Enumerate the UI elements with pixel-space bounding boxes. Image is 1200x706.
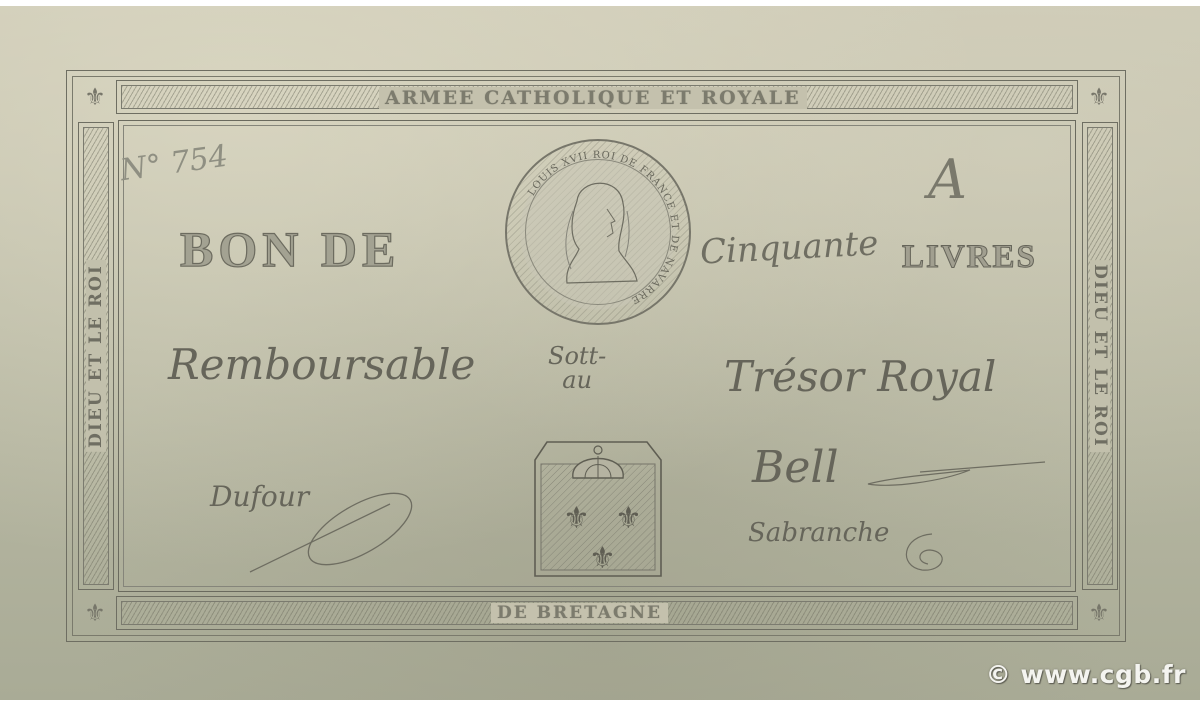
fleur-de-lis-icon: ⚜ bbox=[1082, 596, 1116, 630]
signature-flourish-icon bbox=[892, 526, 962, 576]
treasury-text: Trésor Royal bbox=[724, 352, 996, 401]
left-band-text: DIEU ET LE ROI bbox=[86, 260, 106, 452]
top-band-text: ARMEE CATHOLIQUE ET ROYALE bbox=[379, 87, 807, 109]
signature-flourish-icon bbox=[860, 456, 1050, 496]
fleur-de-lis-icon: ⚜ bbox=[78, 596, 112, 630]
top-band: ARMEE CATHOLIQUE ET ROYALE bbox=[116, 80, 1078, 114]
right-band-text: DIEU ET LE ROI bbox=[1090, 260, 1110, 452]
signature-flourish-icon bbox=[240, 484, 430, 584]
svg-text:⚜: ⚜ bbox=[615, 501, 642, 536]
portrait-medallion: LOUIS XVII ROI DE FRANCE ET DE NAVARRE bbox=[505, 139, 691, 325]
au-line: au bbox=[548, 368, 606, 392]
left-band: DIEU ET LE ROI bbox=[78, 122, 114, 590]
signature-sabranche: Sabranche bbox=[748, 518, 889, 548]
fleur-de-lis-icon: ⚜ bbox=[1082, 80, 1116, 114]
fleur-de-lis-icon: ⚜ bbox=[78, 80, 112, 114]
bottom-band: DE BRETAGNE bbox=[116, 596, 1078, 630]
signature-bell: Bell bbox=[752, 442, 839, 493]
series-letter: A bbox=[928, 148, 967, 211]
portrait-icon: LOUIS XVII ROI DE FRANCE ET DE NAVARRE bbox=[507, 141, 689, 323]
bottom-band-text: DE BRETAGNE bbox=[491, 603, 668, 623]
copyright-watermark: © www.cgb.fr bbox=[986, 660, 1186, 689]
amount-unit: LIVRES bbox=[902, 239, 1037, 276]
royal-arms-icon: ⚜ ⚜ ⚜ bbox=[533, 438, 663, 580]
sott-au-text: Sott- au bbox=[548, 344, 606, 392]
svg-text:⚜: ⚜ bbox=[563, 501, 590, 536]
right-band: DIEU ET LE ROI bbox=[1082, 122, 1118, 590]
heading-bon-de: BON DE bbox=[180, 220, 400, 278]
banknote-paper: ARMEE CATHOLIQUE ET ROYALE DE BRETAGNE D… bbox=[0, 6, 1200, 700]
sott-line: Sott- bbox=[548, 344, 606, 368]
reimbursable-text: Remboursable bbox=[168, 340, 475, 389]
svg-text:⚜: ⚜ bbox=[589, 541, 616, 576]
